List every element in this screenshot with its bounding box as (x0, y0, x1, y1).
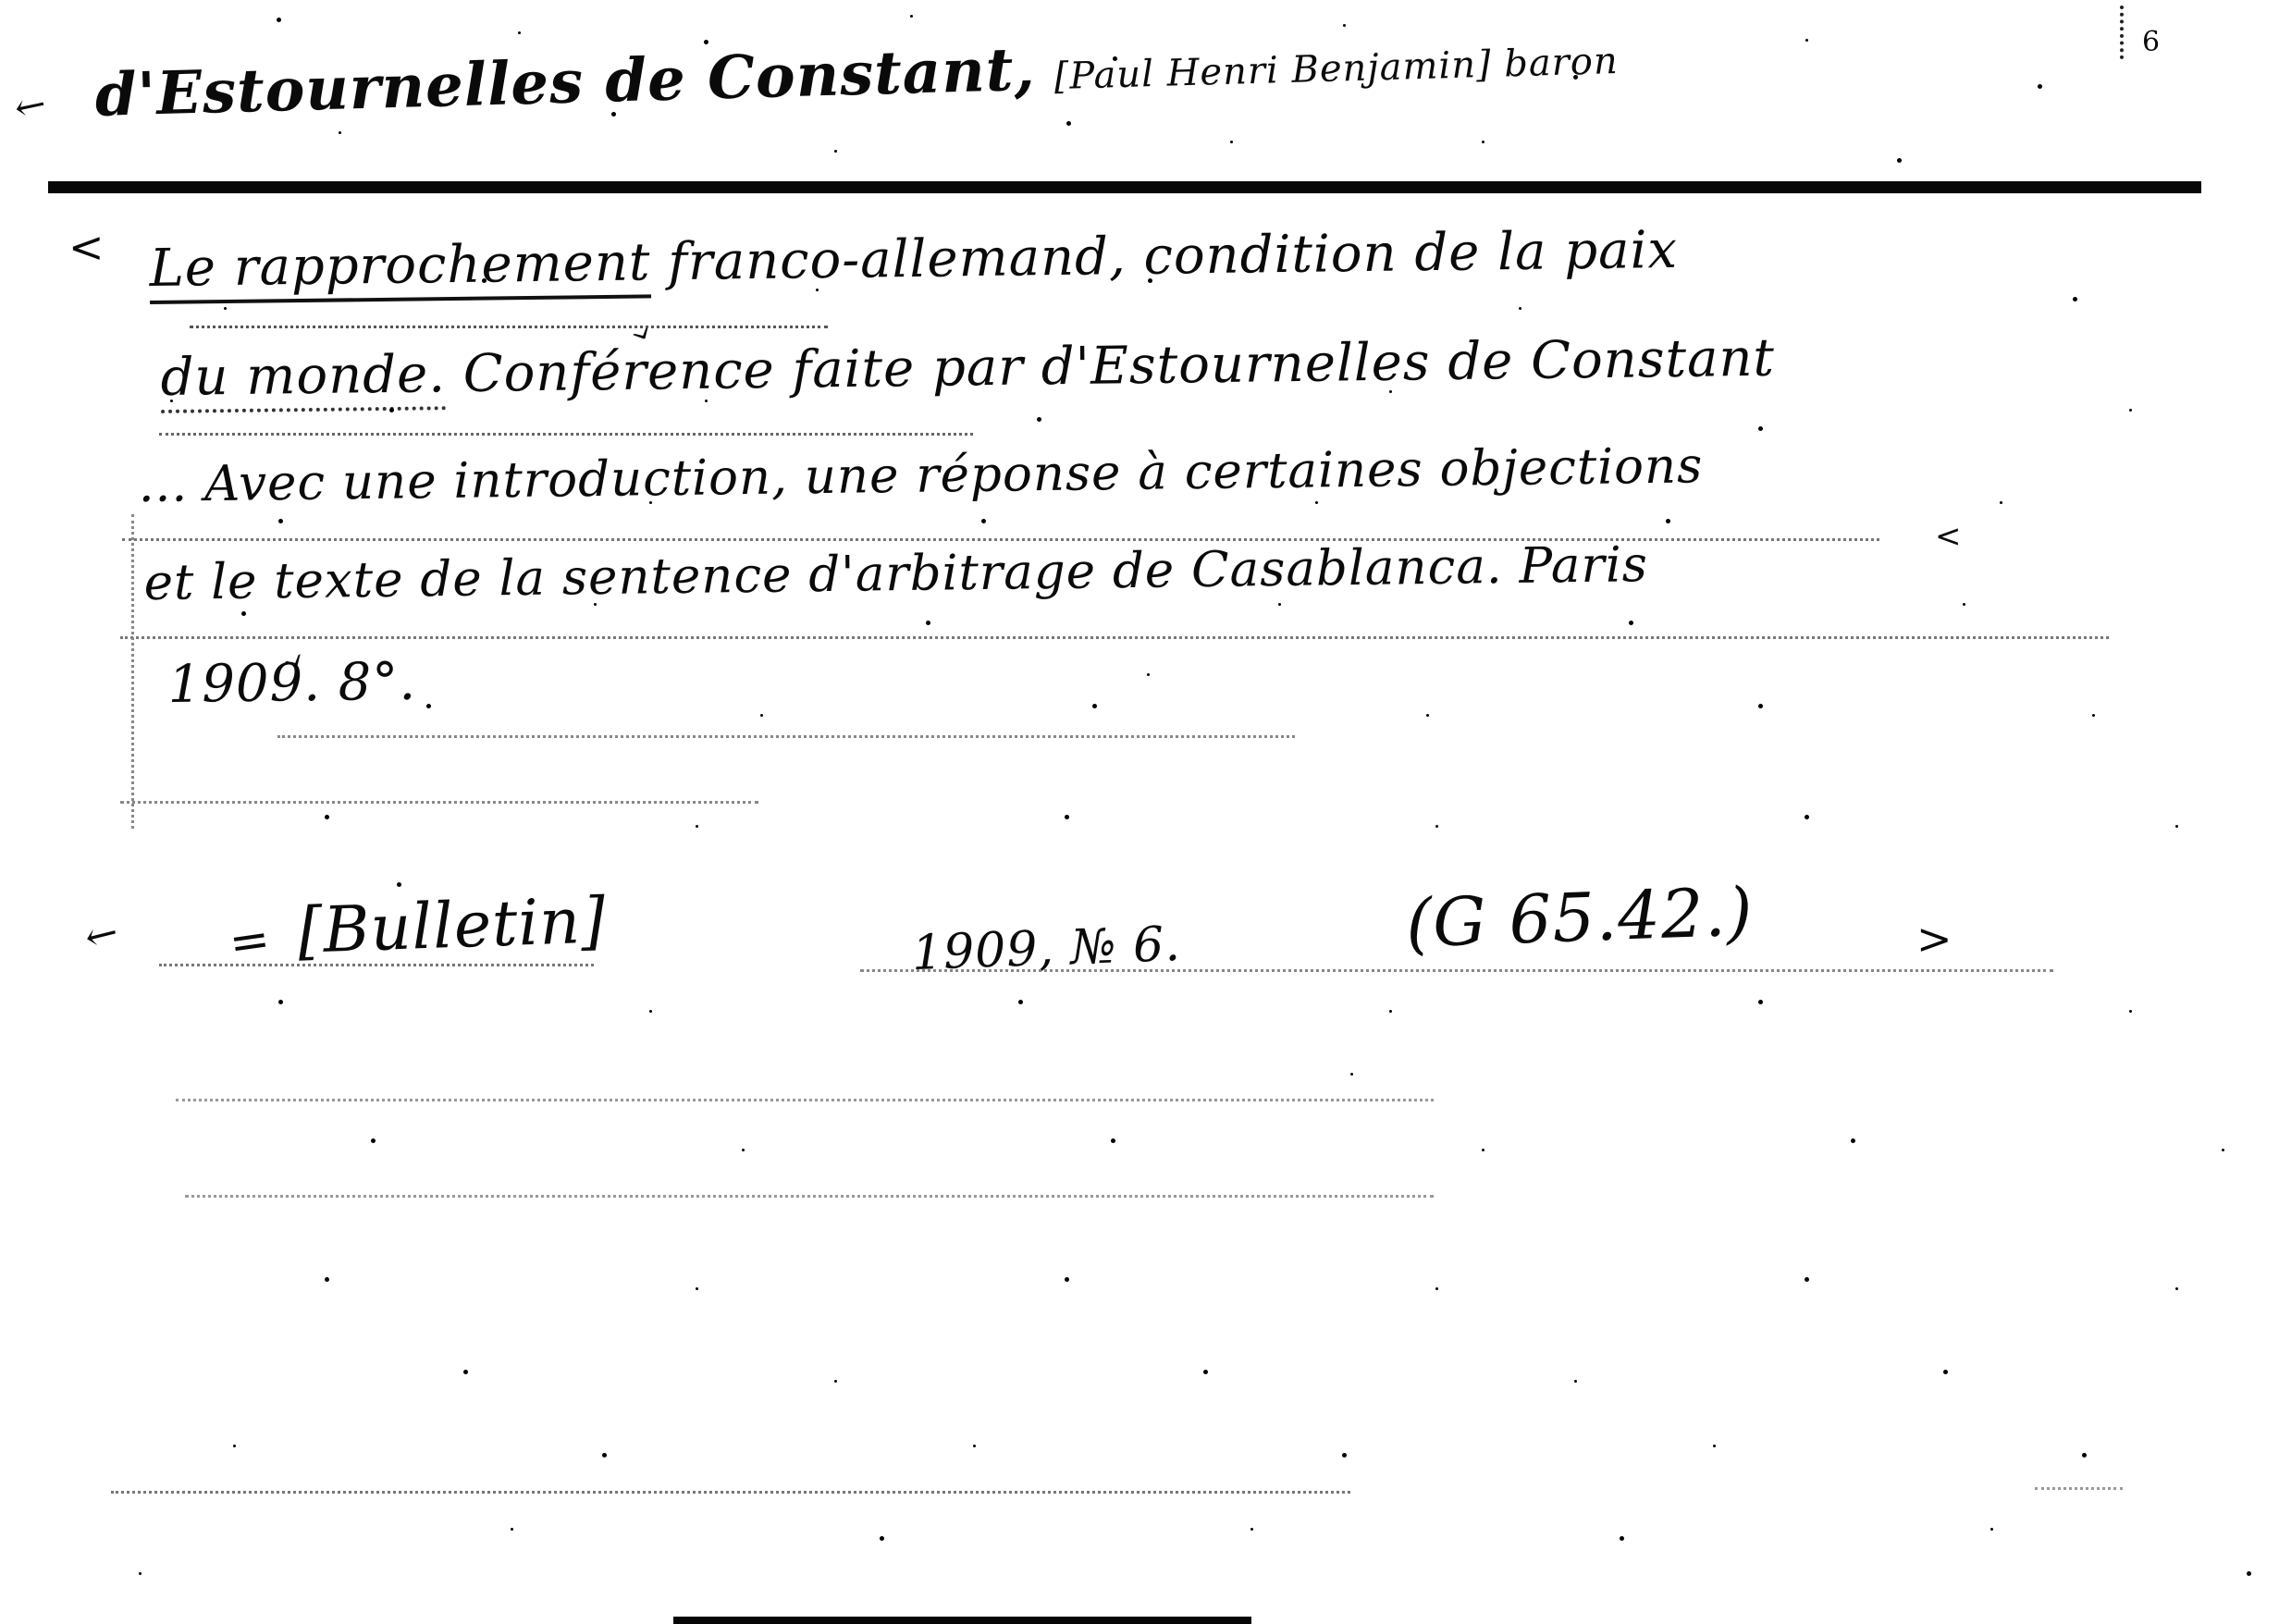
heading-divider-rule (48, 181, 2201, 193)
ruled-line (860, 969, 2053, 972)
ruled-line (120, 801, 758, 804)
ruled-line (277, 735, 1295, 738)
ruled-line (2035, 1487, 2123, 1490)
ruled-line (159, 964, 594, 966)
equals-mark: = (226, 911, 274, 972)
title-line-4: et le texte de la sentence d'arbitrage d… (143, 536, 1648, 611)
imprint-text: 1909. 8°. (167, 652, 416, 715)
paris-caret-icon: < (1935, 518, 1962, 555)
title-line-2: du monde. Conférence faite par d'Estourn… (160, 328, 1775, 408)
ruled-line (176, 1099, 1434, 1101)
left-margin-dotted-rule (131, 514, 134, 829)
shelfmark: (G 65.42.) (1405, 872, 1755, 962)
title-line-4-rest: et le texte de la sentence d'arbitrage d… (143, 536, 1648, 611)
title-line-1-rest: franco-allemand, condition de la paix (650, 220, 1678, 293)
ruled-line (185, 1195, 1434, 1198)
title-line-3-rest: ... Avec une introduction, une réponse à… (138, 437, 1703, 513)
corner-dotted-tick (2120, 6, 2124, 59)
title-caret-icon: < (68, 222, 105, 272)
author-qualifier: [Paul Henri Benjamin] baron (1053, 40, 1619, 98)
ruled-line (122, 538, 1879, 541)
scan-edge-bar (673, 1617, 1251, 1624)
author-name: d'Estournelles de Constant, (94, 35, 1037, 130)
page-number: 6 (2142, 26, 2161, 58)
bulletin-arrow-icon: ← (80, 908, 123, 960)
ruled-line (111, 1491, 1350, 1494)
ruled-line (120, 636, 2109, 639)
ruled-line (159, 433, 973, 436)
scan-noise-speckles (0, 0, 3, 3)
title-line-1-underlined: Le rapprochement (149, 232, 651, 304)
author-heading: d'Estournelles de Constant, [Paul Henri … (94, 18, 1620, 130)
imprint-line: 1909. 8°. (167, 652, 416, 715)
top-left-arrow-icon: ← (11, 82, 50, 130)
title-line-1: Le rapprochement franco-allemand, condit… (149, 220, 1678, 299)
ruled-line (190, 326, 828, 328)
series-statement: [Bulletin] (297, 884, 608, 968)
title-line-2-underlined: du monde. (160, 344, 446, 413)
title-line-3: ... Avec une introduction, une réponse à… (138, 437, 1703, 513)
shelfmark-arrow-icon: > (1916, 914, 1953, 964)
